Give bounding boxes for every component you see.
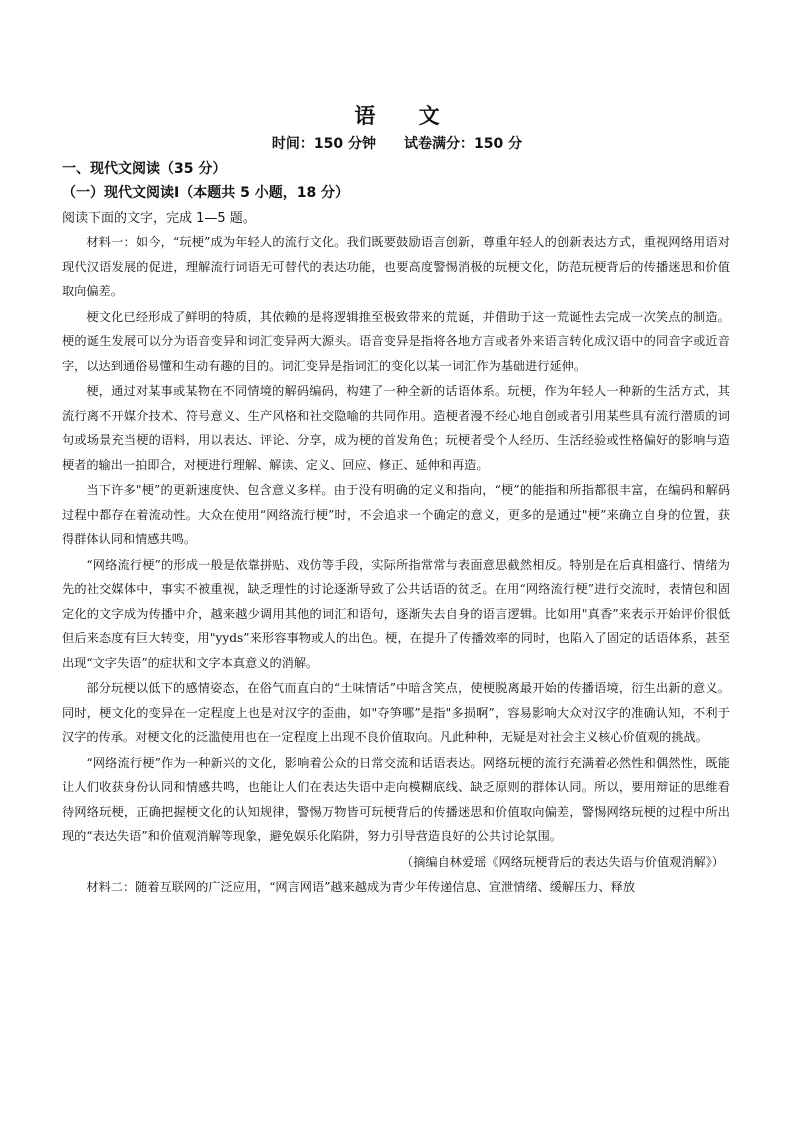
section-heading: 一、现代文阅读（35 分） xyxy=(62,158,226,178)
source-citation: （摘编自林爱瑶《网络玩梗背后的表达失语与价值观消解》） xyxy=(62,850,730,875)
paragraph-material-two: 材料二：随着互联网的广泛应用，“网言网语”越来越成为青少年传递信息、宣泄情绪、缓… xyxy=(62,875,730,900)
reading-instruction: 阅读下面的文字，完成 1—5 题。 xyxy=(62,207,256,226)
paragraph: “网络流行梗”作为一种新兴的文化，影响着公众的日常交流和话语表达。网络玩梗的流行… xyxy=(62,751,730,849)
exam-meta: 时间：150 分钟试卷满分：150 分 xyxy=(0,133,794,153)
paragraph: 梗文化已经形成了鲜明的特质，其依赖的是将逻辑推至极致带来的荒诞，并借助于这一荒诞… xyxy=(62,305,730,379)
exam-page: 语 文 时间：150 分钟试卷满分：150 分 一、现代文阅读（35 分） （一… xyxy=(0,0,794,1123)
reading-passage: 材料一：如今，“玩梗”成为年轻人的流行文化。我们既要鼓励语言创新，尊重年轻人的创… xyxy=(62,230,730,901)
paragraph: 材料一：如今，“玩梗”成为年轻人的流行文化。我们既要鼓励语言创新，尊重年轻人的创… xyxy=(62,230,730,304)
paragraph: 梗，通过对某事或某物在不同情境的解码编码，构建了一种全新的话语体系。玩梗，作为年… xyxy=(62,379,730,477)
subsection-heading: （一）现代文阅读Ⅰ（本题共 5 小题，18 分） xyxy=(62,182,349,202)
paragraph: “网络流行梗”的形成一般是依靠拼贴、戏仿等手段，实际所指常常与表面意思截然相反。… xyxy=(62,553,730,676)
paragraph: 部分玩梗以低下的感情姿态，在俗气而直白的“土味情话”中暗含笑点，使梗脱离最开始的… xyxy=(62,676,730,750)
paragraph: 当下许多"梗”的更新速度快、包含意义多样。由于没有明确的定义和指向，“梗”的能指… xyxy=(62,478,730,552)
exam-time: 时间：150 分钟 xyxy=(272,136,376,152)
exam-full-score: 试卷满分：150 分 xyxy=(404,136,522,152)
exam-title: 语 文 xyxy=(0,100,794,130)
